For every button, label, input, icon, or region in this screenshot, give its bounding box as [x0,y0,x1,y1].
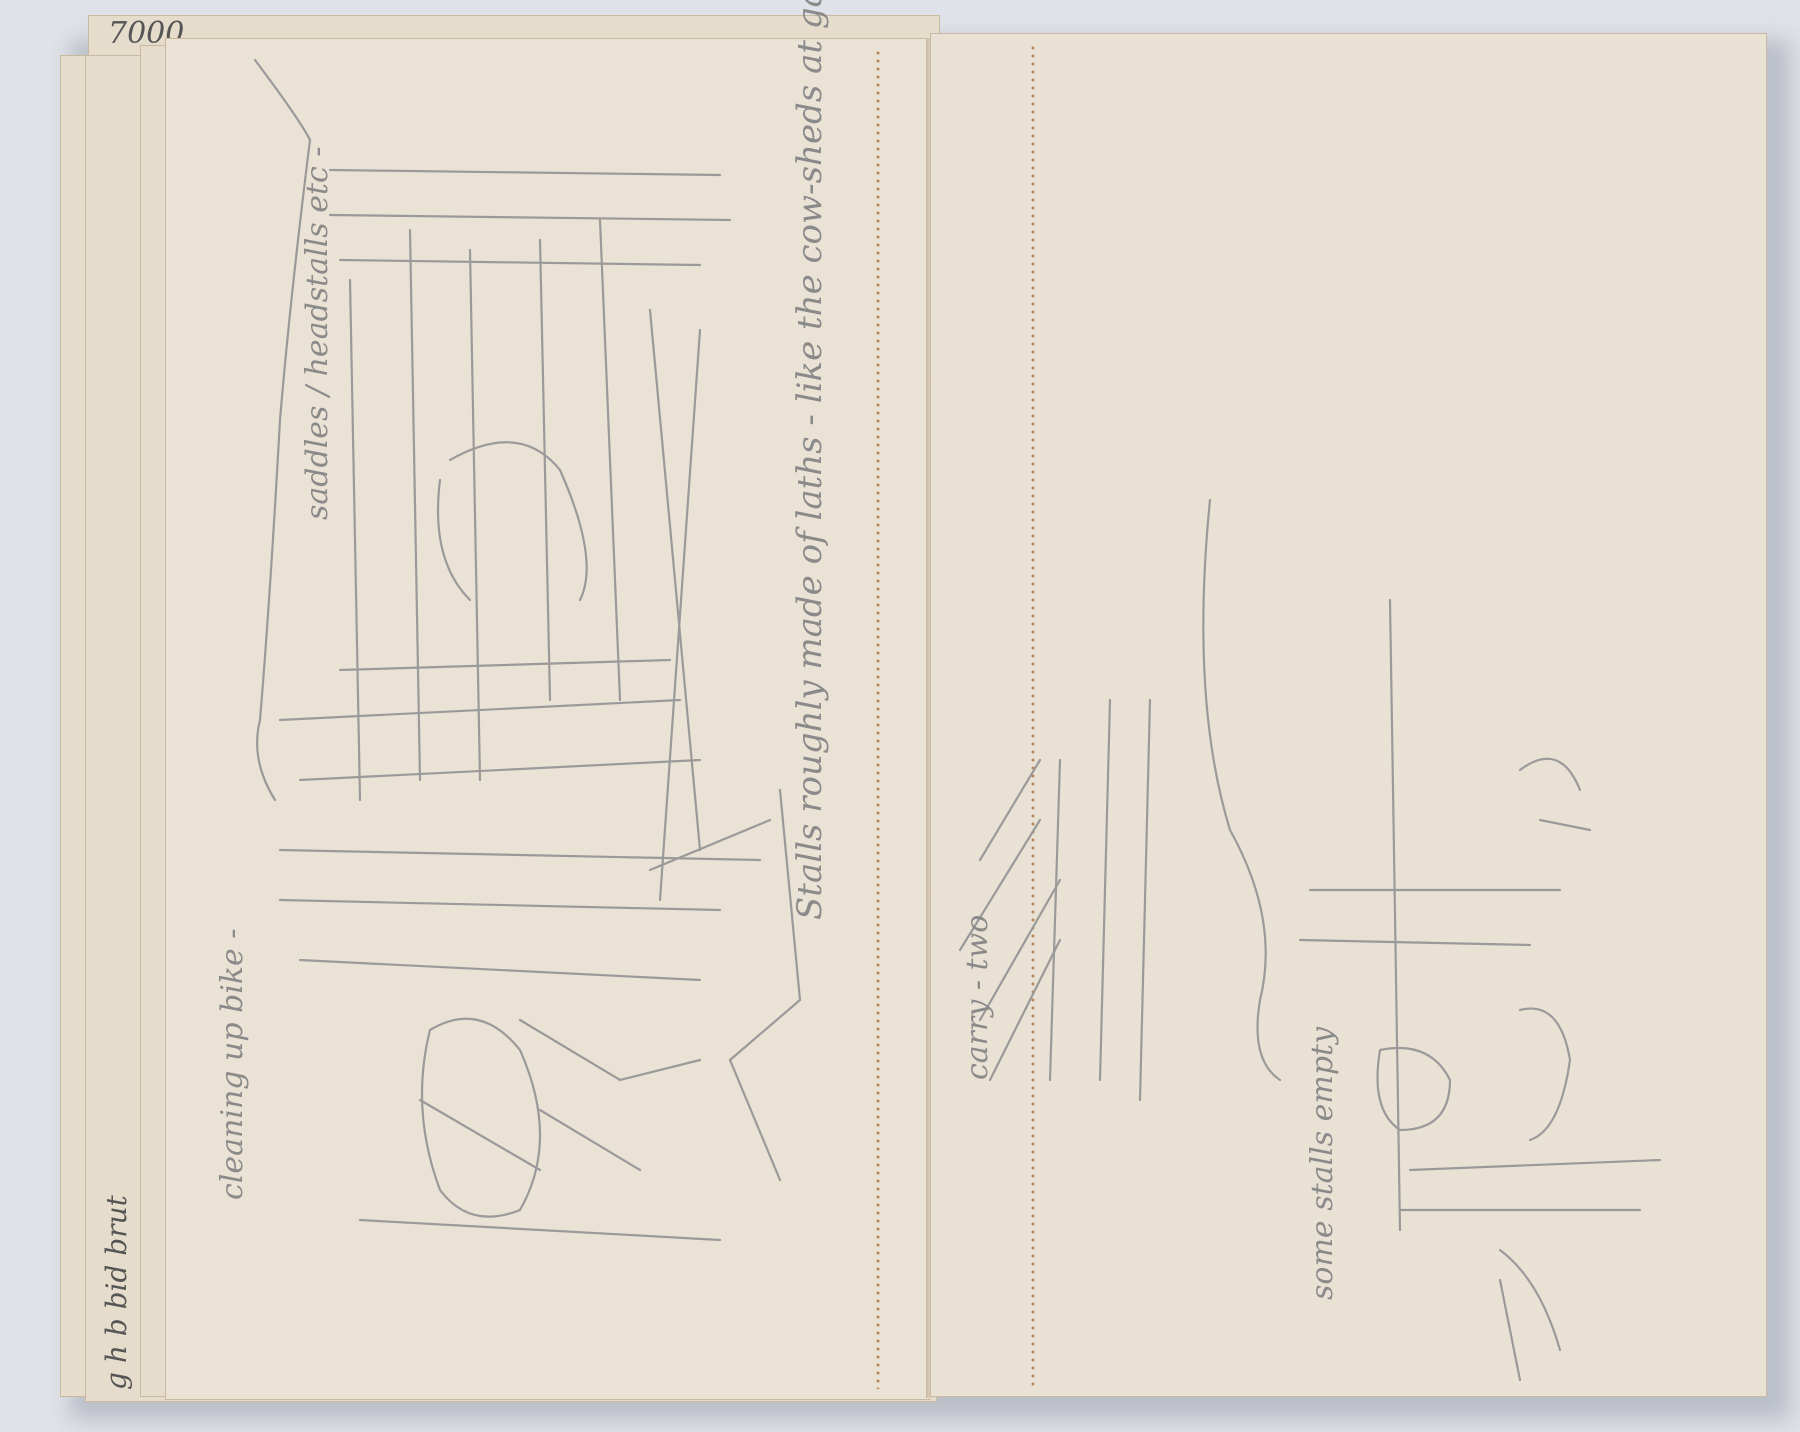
pencil-sketches [0,0,1800,1432]
note-stalls: Stalls roughly made of laths - like the … [790,0,830,920]
note-stalls-empty: some stalls empty [1305,1027,1340,1300]
note-cleaning: cleaning up bike - [215,929,250,1200]
note-carry: carry - two [960,915,995,1080]
note-saddles: saddles / headstalls etc - [300,146,335,520]
note-back-page: g h b bid brut [100,1195,133,1390]
